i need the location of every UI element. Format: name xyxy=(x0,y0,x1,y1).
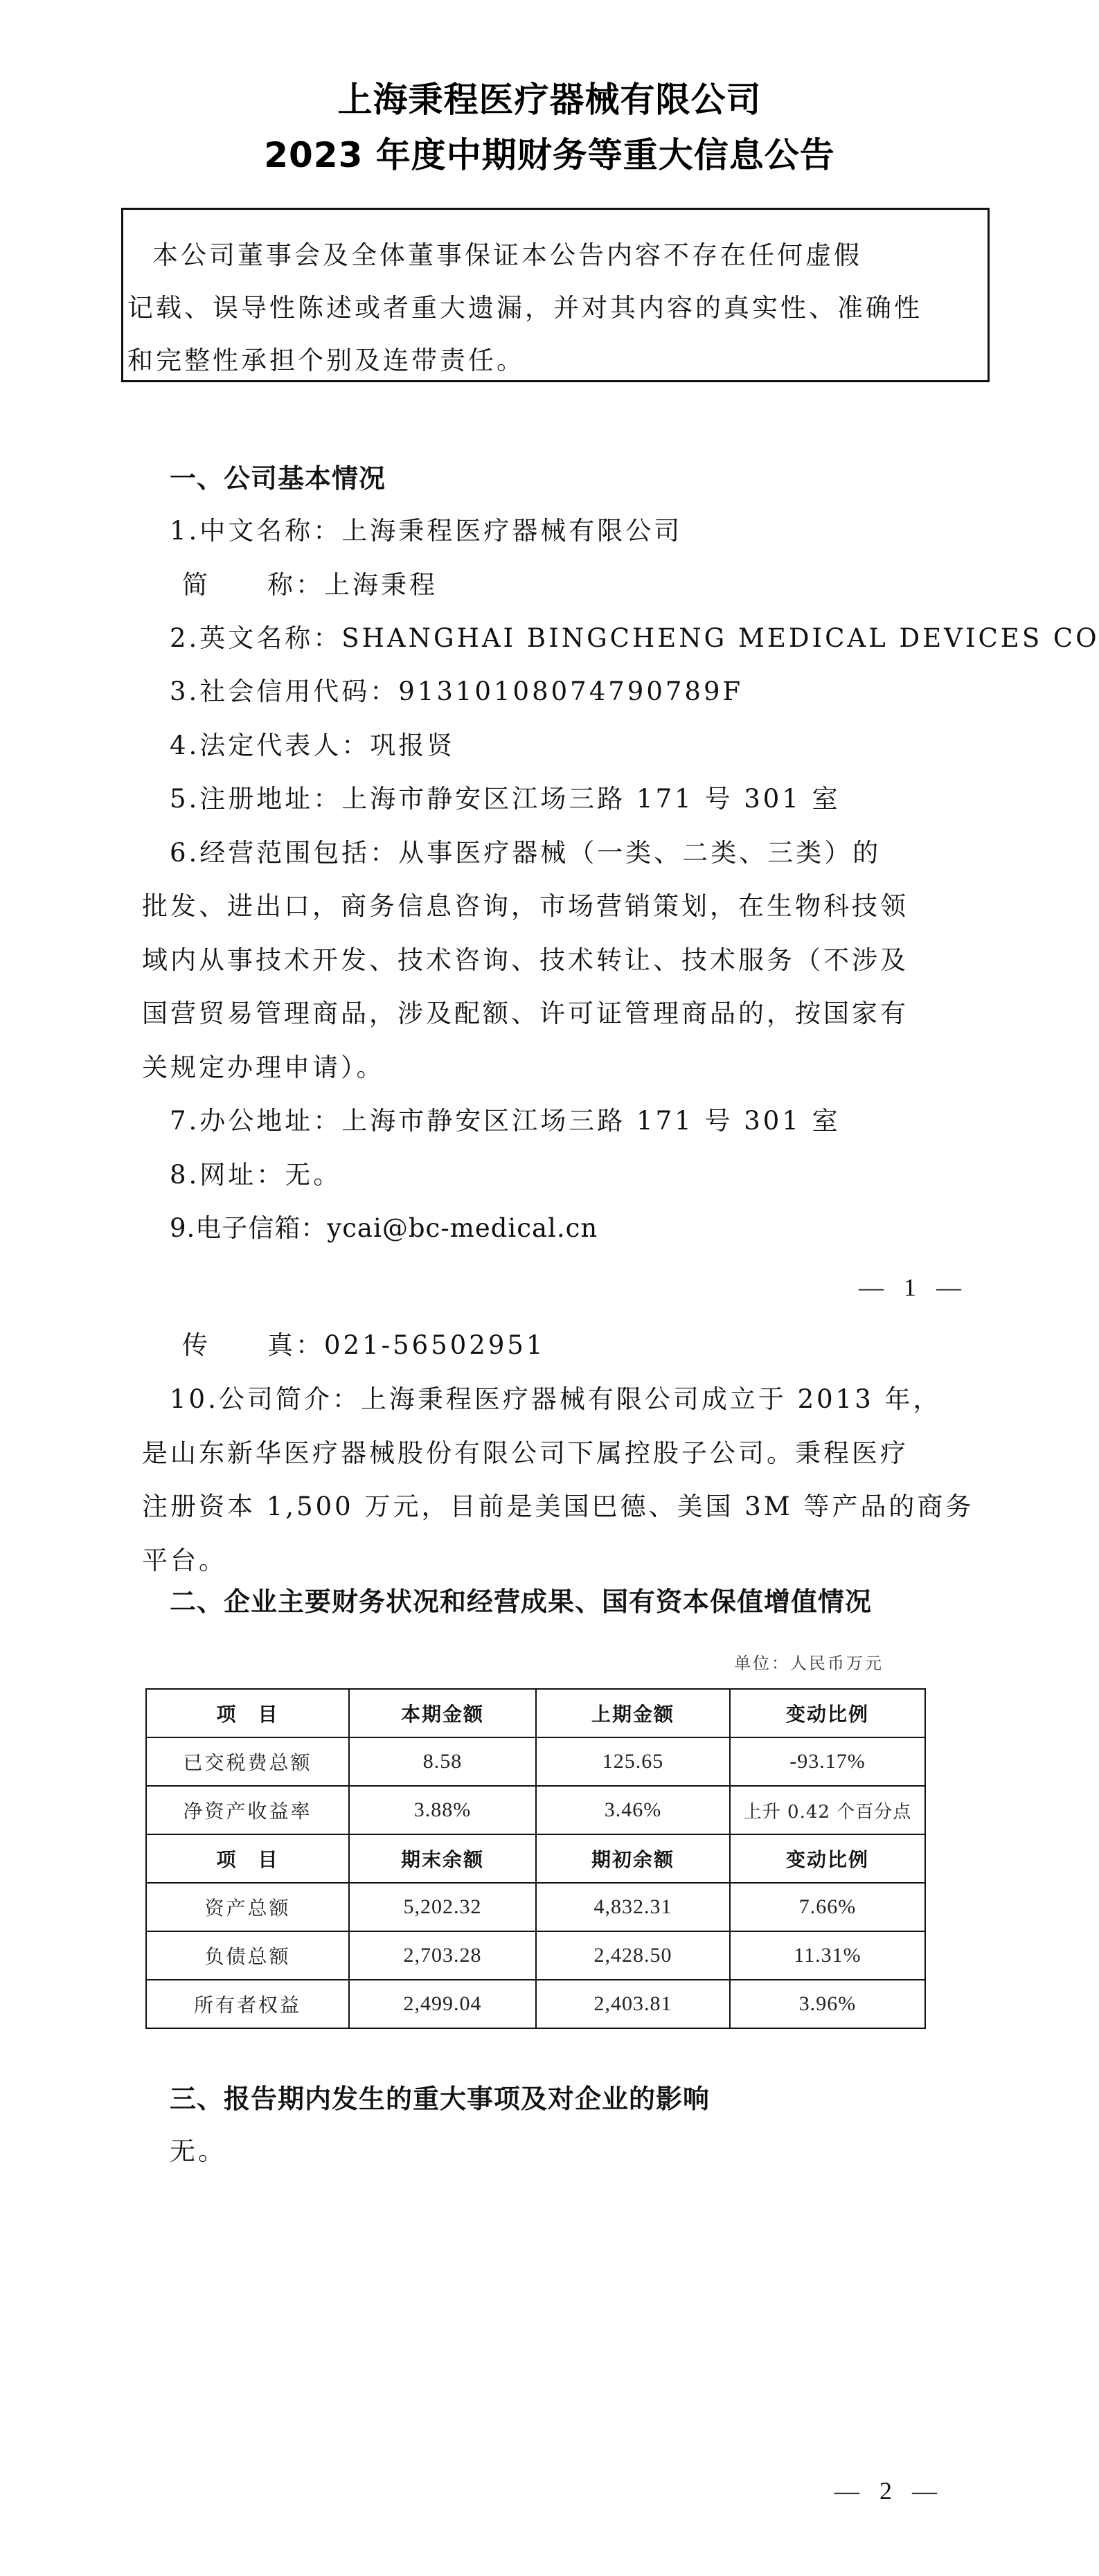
header-cell: 变动比例 xyxy=(730,1834,925,1883)
header-cell: 期初余额 xyxy=(536,1834,730,1883)
cell-value: 2,703.28 xyxy=(349,1931,536,1980)
company-profile-line-2: 是山东新华医疗器械股份有限公司下属控股子公司。秉程医疗 xyxy=(142,1438,909,1469)
cell-value: 3.96% xyxy=(730,1980,925,2028)
business-scope-line-1: 6.经营范围包括：从事医疗器械（一类、二类、三类）的 xyxy=(170,837,881,869)
registered-address: 5.注册地址：上海市静安区江场三路 171 号 301 室 xyxy=(170,783,841,815)
page-number-2: — 2 — xyxy=(834,2476,944,2505)
section2-heading: 二、企业主要财务状况和经营成果、国有资本保值增值情况 xyxy=(170,1586,872,1618)
header-cell: 项 目 xyxy=(146,1834,349,1883)
table-row: 净资产收益率 3.88% 3.46% 上升 0.42 个百分点 xyxy=(146,1786,925,1834)
disclaimer-line-3: 和完整性承担个别及连带责任。 xyxy=(127,346,525,376)
section3-heading: 三、报告期内发生的重大事项及对企业的影响 xyxy=(170,2083,710,2115)
row-label: 负债总额 xyxy=(146,1931,349,1980)
cell-value: -93.17% xyxy=(730,1737,925,1786)
row-label: 所有者权益 xyxy=(146,1980,349,2028)
business-scope-line-5: 关规定办理申请）。 xyxy=(142,1052,385,1084)
section1-heading: 一、公司基本情况 xyxy=(170,463,386,494)
email-text: 9.电子信箱：ycai@bc-medical.cn xyxy=(170,1213,598,1243)
row-label: 已交税费总额 xyxy=(146,1737,349,1786)
row-label: 资产总额 xyxy=(146,1883,349,1931)
cell-value: 2,499.04 xyxy=(349,1980,536,2028)
table-row: 负债总额 2,703.28 2,428.50 11.31% xyxy=(146,1931,925,1980)
cell-value: 5,202.32 xyxy=(349,1883,536,1931)
chinese-name: 1.中文名称：上海秉程医疗器械有限公司 xyxy=(170,515,682,547)
cell-value: 上升 0.42 个百分点 xyxy=(730,1786,925,1834)
cell-value: 8.58 xyxy=(349,1737,536,1786)
business-scope-line-4: 国营贸易管理商品，涉及配额、许可证管理商品的，按国家有 xyxy=(142,998,909,1030)
cell-value: 3.46% xyxy=(536,1786,730,1834)
email: 9.电子信箱：ycai@bc-medical.cn xyxy=(170,1213,598,1244)
row-label: 净资产收益率 xyxy=(146,1786,349,1834)
table-header-row: 项 目 期末余额 期初余额 变动比例 xyxy=(146,1834,925,1883)
header-cell: 期末余额 xyxy=(349,1834,536,1883)
cell-value: 2,403.81 xyxy=(536,1980,730,2028)
cell-value: 2,428.50 xyxy=(536,1931,730,1980)
short-name: 简 称：上海秉程 xyxy=(182,569,438,601)
section3-content: 无。 xyxy=(170,2136,226,2167)
company-profile-line-3: 注册资本 1,500 万元，目前是美国巴德、美国 3M 等产品的商务 xyxy=(142,1491,974,1523)
financial-table: 项 目 本期金额 上期金额 变动比例 已交税费总额 8.58 125.65 -9… xyxy=(145,1688,926,2029)
cell-value: 11.31% xyxy=(730,1931,925,1980)
table-header-row: 项 目 本期金额 上期金额 变动比例 xyxy=(146,1689,925,1737)
document-title-line1: 上海秉程医疗器械有限公司 xyxy=(0,79,1099,120)
page-number-1: — 1 — xyxy=(859,1273,968,1302)
english-name-text: 2.英文名称：SHANGHAI BINGCHENG MEDICAL DEVICE… xyxy=(170,623,1099,653)
cell-value: 4,832.31 xyxy=(536,1883,730,1931)
credit-code: 3.社会信用代码：91310108074790789F xyxy=(170,676,743,708)
company-profile-line-4: 平台。 xyxy=(142,1545,227,1577)
disclaimer-line-1: 本公司董事会及全体董事保证本公告内容不存在任何虚假 xyxy=(152,240,862,271)
legal-representative: 4.法定代表人：巩报贤 xyxy=(170,730,455,762)
header-cell: 本期金额 xyxy=(349,1689,536,1737)
table-row: 资产总额 5,202.32 4,832.31 7.66% xyxy=(146,1883,925,1931)
business-scope-line-2: 批发、进出口，商务信息咨询，市场营销策划，在生物科技领 xyxy=(142,891,909,922)
english-name: 2.英文名称：SHANGHAI BINGCHENG MEDICAL DEVICE… xyxy=(170,623,1099,654)
header-cell: 项 目 xyxy=(146,1689,349,1737)
cell-value: 3.88% xyxy=(349,1786,536,1834)
unit-label: 单位：人民币万元 xyxy=(734,1649,884,1674)
document-title-line2: 2023 年度中期财务等重大信息公告 xyxy=(0,134,1099,176)
cell-value: 125.65 xyxy=(536,1737,730,1786)
website: 8.网址：无。 xyxy=(170,1159,341,1191)
header-cell: 上期金额 xyxy=(536,1689,730,1737)
company-profile-line-1: 10.公司简介：上海秉程医疗器械有限公司成立于 2013 年， xyxy=(170,1384,942,1415)
disclaimer-box: 本公司董事会及全体董事保证本公告内容不存在任何虚假 记载、误导性陈述或者重大遗漏… xyxy=(121,208,990,382)
disclaimer-line-2: 记载、误导性陈述或者重大遗漏，并对其内容的真实性、准确性 xyxy=(127,293,922,323)
business-scope-line-3: 域内从事技术开发、技术咨询、技术转让、技术服务（不涉及 xyxy=(142,945,909,976)
table-row: 已交税费总额 8.58 125.65 -93.17% xyxy=(146,1737,925,1786)
cell-value: 7.66% xyxy=(730,1883,925,1931)
office-address: 7.办公地址：上海市静安区江场三路 171 号 301 室 xyxy=(170,1105,841,1137)
header-cell: 变动比例 xyxy=(730,1689,925,1737)
fax: 传 真：021-56502951 xyxy=(182,1330,545,1361)
table-row: 所有者权益 2,499.04 2,403.81 3.96% xyxy=(146,1980,925,2028)
